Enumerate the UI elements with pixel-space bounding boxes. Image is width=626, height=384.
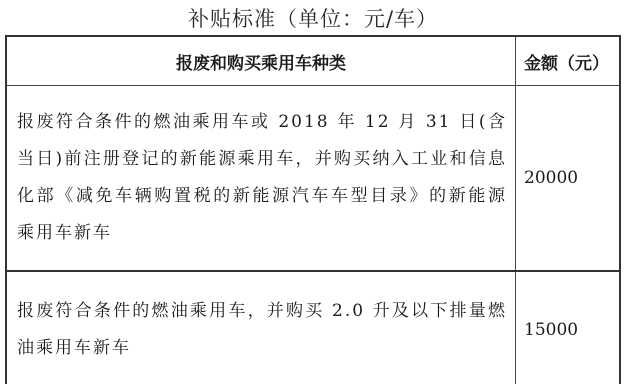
- row-description: 报废符合条件的燃油乘用车，并购买 2.0 升及以下排量燃油乘用车新车: [6, 271, 516, 384]
- table-title: 补贴标准（单位：元/车）: [0, 3, 626, 33]
- header-amount: 金额（元）: [516, 36, 621, 86]
- subsidy-standard-table: 报废和购买乘用车种类 金额（元） 报废符合条件的燃油乘用车或 2018 年 12…: [5, 35, 621, 384]
- row-amount: 15000: [516, 271, 621, 384]
- row-description: 报废符合条件的燃油乘用车或 2018 年 12 月 31 日(含当日)前注册登记…: [6, 86, 516, 272]
- table-row: 报废符合条件的燃油乘用车或 2018 年 12 月 31 日(含当日)前注册登记…: [6, 86, 620, 272]
- header-vehicle-type: 报废和购买乘用车种类: [6, 36, 516, 86]
- row-amount: 20000: [516, 86, 621, 272]
- table-header-row: 报废和购买乘用车种类 金额（元）: [6, 36, 620, 86]
- table-row: 报废符合条件的燃油乘用车，并购买 2.0 升及以下排量燃油乘用车新车 15000: [6, 271, 620, 384]
